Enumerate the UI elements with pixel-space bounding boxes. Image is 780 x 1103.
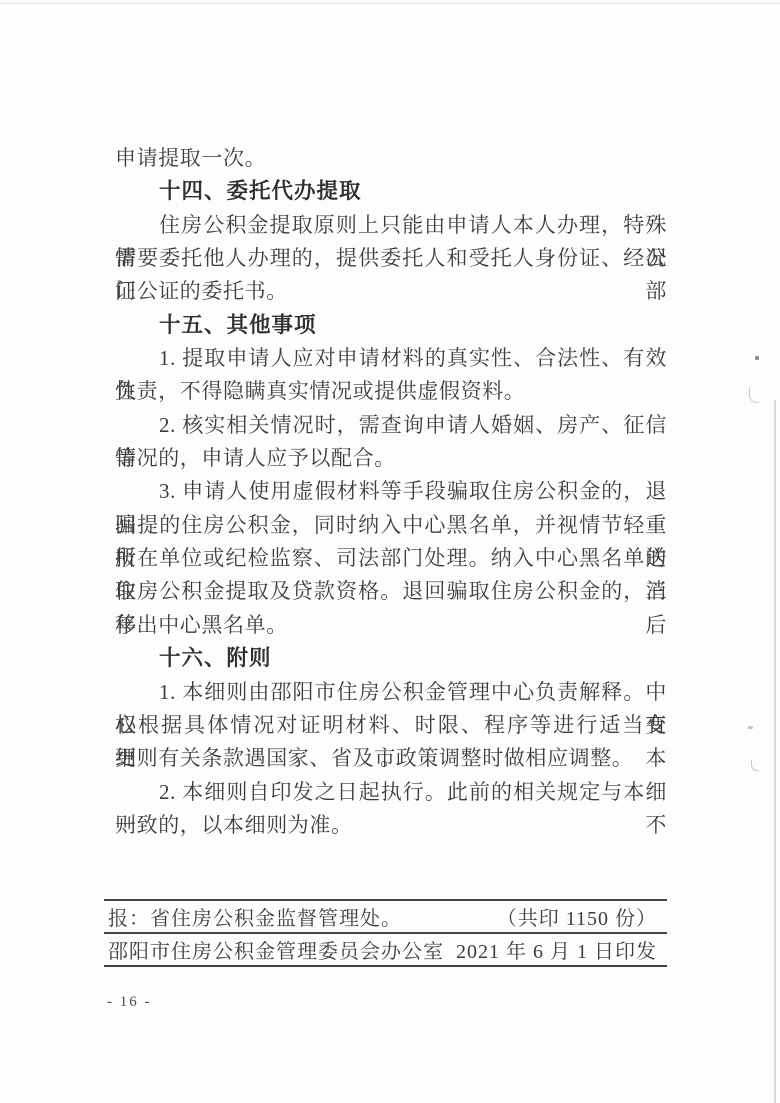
- body-text-line: 2. 本细则自印发之日起执行。此前的相关规定与本细则不: [115, 776, 667, 809]
- footer-report-row: 报：省住房公积金监督管理处。 （共印 1150 份）: [104, 901, 667, 934]
- footer-table: 报：省住房公积金监督管理处。 （共印 1150 份） 邵阳市住房公积金管理委员会…: [104, 899, 667, 967]
- footer-date: 2021 年 6 月 1 日印发: [456, 935, 659, 964]
- section-heading-16: 十六、附则: [115, 642, 667, 675]
- section-heading-15: 十五、其他事项: [115, 309, 667, 342]
- body-text-line: 所在单位或纪检监察、司法部门处理。纳入中心黑名单的取消: [115, 542, 667, 575]
- footer-issuer-row: 邵阳市住房公积金管理委员会办公室 2021 年 6 月 1 日印发: [104, 934, 667, 967]
- body-text-line: 情况的，申请人应予以配合。: [115, 442, 667, 475]
- body-text-line: 负责，不得隐瞒真实情况或提供虚假资料。: [115, 375, 667, 408]
- body-text-line: 2. 核实相关情况时，需查询申请人婚姻、房产、征信等: [115, 409, 667, 442]
- section-heading-14: 十四、委托代办提取: [115, 175, 667, 208]
- body-text-line: 需要委托他人办理的，提供委托人和受托人身份证、经公证部: [115, 242, 667, 275]
- scan-artifact-top-edge: [0, 3, 780, 4]
- scan-artifact-speck: [755, 356, 759, 360]
- scan-artifact-right-line: [774, 400, 776, 1103]
- scan-artifact-mark: [749, 388, 759, 403]
- body-text-line: 骗提的住房公积金，同时纳入中心黑名单，并视情节轻重报送: [115, 509, 667, 542]
- footer-issuer: 邵阳市住房公积金管理委员会办公室: [108, 935, 444, 964]
- scan-artifact-speck: [748, 726, 753, 729]
- body-text-line: 权根据具体情况对证明材料、时限、程序等进行适当变更。本: [115, 709, 667, 742]
- body-text-line: 申请提取一次。: [115, 142, 667, 175]
- document-page: 申请提取一次。 十四、委托代办提取 住房公积金提取原则上只能由申请人本人办理，特…: [0, 0, 780, 1103]
- body-text-line: 住房公积金提取及贷款资格。退回骗取住房公积金的，三年后: [115, 575, 667, 608]
- body-text-line: 细则有关条款遇国家、省及市政策调整时做相应调整。: [115, 742, 667, 775]
- body-text-line: 1. 本细则由邵阳市住房公积金管理中心负责解释。中心有: [115, 676, 667, 709]
- footer-copies: （共印 1150 份）: [497, 902, 659, 931]
- body-text-line: 3. 申请人使用虚假材料等手段骗取住房公积金的，退回: [115, 475, 667, 508]
- footer-report-label: 报：省住房公积金监督管理处。: [108, 902, 402, 931]
- page-number: - 16 -: [107, 994, 152, 1011]
- body-text-line: 住房公积金提取原则上只能由申请人本人办理，特殊情况: [115, 209, 667, 242]
- body-text-line: 1. 提取申请人应对申请材料的真实性、合法性、有效性: [115, 342, 667, 375]
- document-body: 申请提取一次。 十四、委托代办提取 住房公积金提取原则上只能由申请人本人办理，特…: [115, 142, 667, 842]
- scan-artifact-mark: [751, 760, 759, 771]
